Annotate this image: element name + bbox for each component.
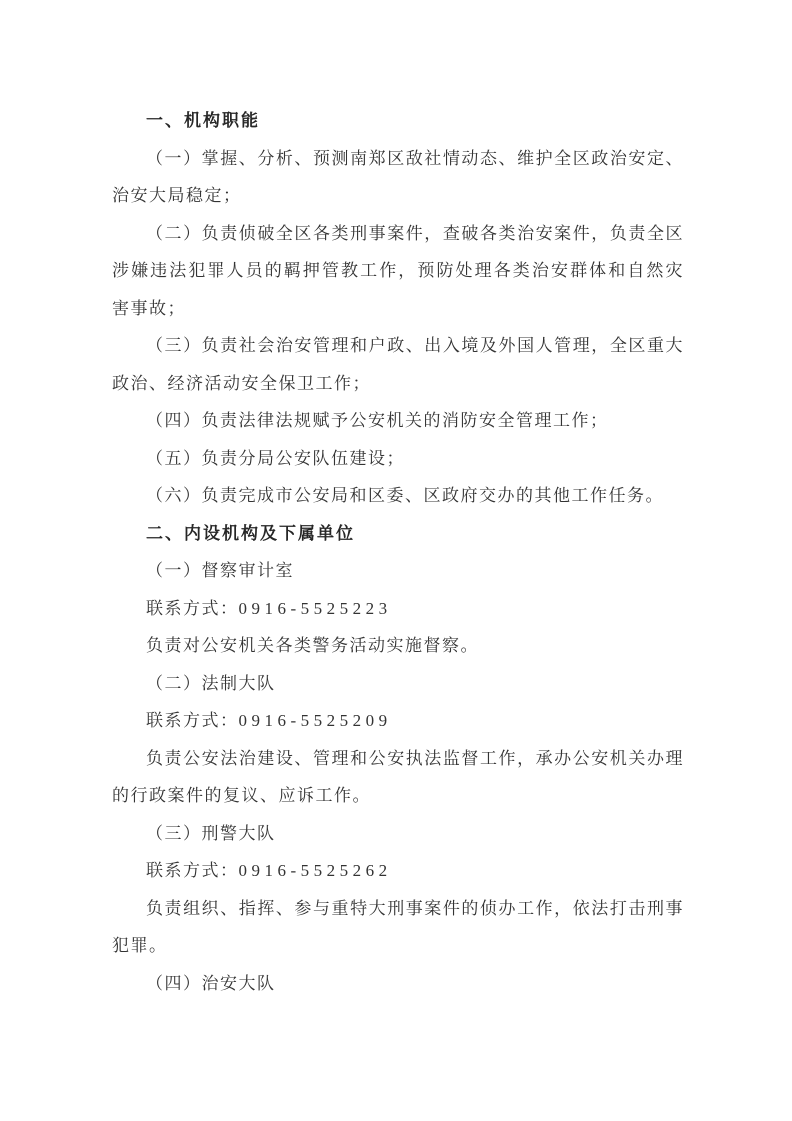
section-1-item-4: （四）负责法律法规赋予公安机关的消防安全管理工作； <box>112 402 684 440</box>
section-1-item-3: （三）负责社会治安管理和户政、出入境及外国人管理，全区重大政治、经济活动安全保卫… <box>112 327 684 402</box>
unit-3-contact-label: 联系方式： <box>146 861 239 880</box>
section-1-item-6: （六）负责完成市公安局和区委、区政府交办的其他工作任务。 <box>112 477 684 515</box>
section-1-heading: 一、机构职能 <box>112 102 684 140</box>
unit-1-duty: 负责对公安机关各类警务活动实施督察。 <box>112 627 684 665</box>
section-1-item-2: （二）负责侦破全区各类刑事案件，查破各类治安案件，负责全区涉嫌违法犯罪人员的羁押… <box>112 215 684 328</box>
section-1-item-5: （五）负责分局公安队伍建设； <box>112 440 684 478</box>
unit-2-phone: 0916-5525209 <box>239 711 392 730</box>
unit-2-contact-label: 联系方式： <box>146 711 239 730</box>
unit-3-phone: 0916-5525262 <box>239 861 392 880</box>
unit-2-contact: 联系方式：0916-5525209 <box>112 702 684 740</box>
document-body: 一、机构职能 （一）掌握、分析、预测南郑区敌社情动态、维护全区政治安定、治安大局… <box>0 0 792 1002</box>
document-page: 一、机构职能 （一）掌握、分析、预测南郑区敌社情动态、维护全区政治安定、治安大局… <box>0 0 792 1121</box>
unit-1-contact: 联系方式：0916-5525223 <box>112 590 684 628</box>
unit-3-name: （三）刑警大队 <box>112 815 684 853</box>
unit-1-phone: 0916-5525223 <box>239 599 392 618</box>
unit-1-contact-label: 联系方式： <box>146 599 239 618</box>
section-1-item-1: （一）掌握、分析、预测南郑区敌社情动态、维护全区政治安定、治安大局稳定； <box>112 140 684 215</box>
unit-2-duty: 负责公安法治建设、管理和公安执法监督工作，承办公安机关办理的行政案件的复议、应诉… <box>112 740 684 815</box>
unit-3-contact: 联系方式：0916-5525262 <box>112 852 684 890</box>
unit-3-duty: 负责组织、指挥、参与重特大刑事案件的侦办工作，依法打击刑事犯罪。 <box>112 890 684 965</box>
unit-1-name: （一）督察审计室 <box>112 552 684 590</box>
section-2-heading: 二、内设机构及下属单位 <box>112 515 684 553</box>
unit-4-name: （四）治安大队 <box>112 965 684 1003</box>
unit-2-name: （二）法制大队 <box>112 665 684 703</box>
